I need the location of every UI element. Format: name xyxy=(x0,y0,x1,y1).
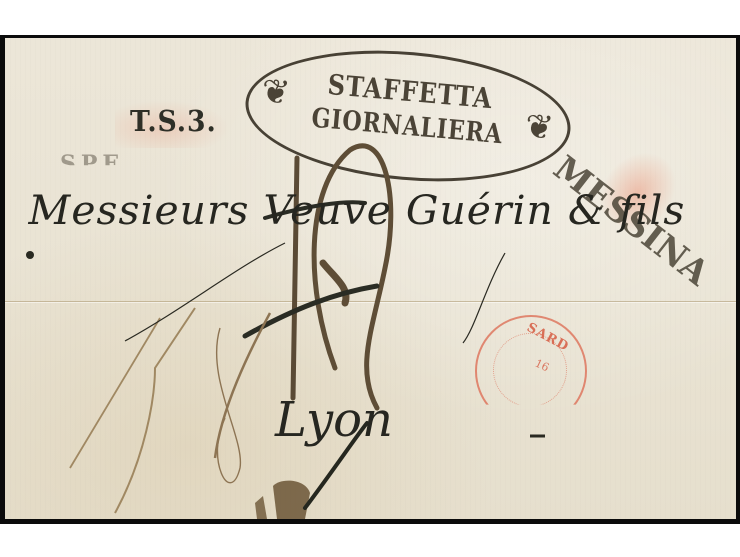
staffetta-giornaliera-oval-handstamp: ❦ STAFFETTA GIORNALIERA ❦ xyxy=(240,38,576,194)
fold-line xyxy=(5,301,736,302)
fleur-ornament-icon: ❦ xyxy=(524,109,555,145)
partial-handstamp-fragment: SPE xyxy=(60,151,124,177)
cover-paper: T.S.3. SPE ❦ STAFFETTA GIORNALIERA ❦ MES… xyxy=(5,38,736,519)
handwritten-addressee: Messieurs Veuve Guérin & fils xyxy=(29,188,686,234)
ts3-handstamp: T.S.3. xyxy=(130,104,217,138)
red-circular-datestamp: SARD 16 xyxy=(475,315,587,427)
handwritten-destination-city: Lyon xyxy=(275,392,393,448)
